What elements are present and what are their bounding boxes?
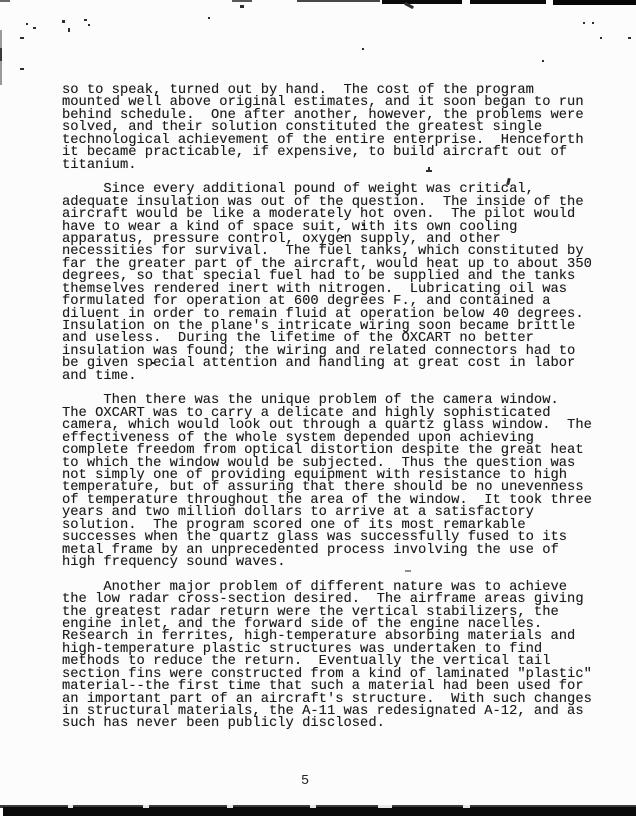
scan-speck bbox=[62, 20, 65, 23]
scan-speck bbox=[33, 27, 36, 29]
scan-bar-segment bbox=[232, 0, 252, 2]
scan-artifact-left-edge-dark bbox=[0, 48, 2, 61]
scan-speck bbox=[26, 23, 28, 25]
scan-bar-main bbox=[3, 807, 636, 816]
scan-bar-segment bbox=[297, 0, 380, 2]
scan-bar-segment bbox=[382, 0, 462, 4]
page-number: 5 bbox=[301, 775, 309, 789]
scan-speck bbox=[20, 37, 24, 39]
scan-bar-notch bbox=[378, 805, 392, 808]
scan-speck bbox=[88, 24, 90, 26]
scan-bar-segment bbox=[470, 0, 546, 4]
scan-speck bbox=[68, 28, 70, 32]
scan-bar-notch bbox=[310, 805, 316, 808]
scan-speck bbox=[583, 22, 585, 24]
scan-bar-notch bbox=[68, 805, 73, 808]
scan-bar-notch bbox=[143, 805, 149, 808]
paragraph-titanium: so to speak, turned out by hand. The cos… bbox=[62, 85, 602, 172]
paragraph-insulation: Since every additional pound of weight w… bbox=[62, 184, 602, 383]
scan-speck bbox=[600, 37, 602, 39]
document-body: so to speak, turned out by hand. The cos… bbox=[62, 85, 602, 731]
scan-bar-segment bbox=[553, 0, 636, 5]
scan-speck bbox=[628, 37, 631, 39]
paragraph-camera-window: Then there was the unique problem of the… bbox=[62, 395, 602, 569]
scan-speck bbox=[240, 5, 244, 8]
scan-bar-segment bbox=[0, 0, 10, 2]
scan-speck bbox=[542, 60, 544, 62]
scan-speck bbox=[20, 68, 24, 70]
paragraph-radar-cross-section: Another major problem of different natur… bbox=[62, 582, 602, 731]
scan-speck bbox=[362, 48, 364, 50]
scan-speck bbox=[592, 22, 594, 24]
scanned-document-page: so to speak, turned out by hand. The cos… bbox=[0, 0, 636, 816]
scan-speck bbox=[208, 17, 210, 19]
scan-bar-notch bbox=[463, 805, 470, 808]
scan-bar-notch bbox=[227, 805, 233, 808]
scan-speck bbox=[84, 19, 87, 21]
